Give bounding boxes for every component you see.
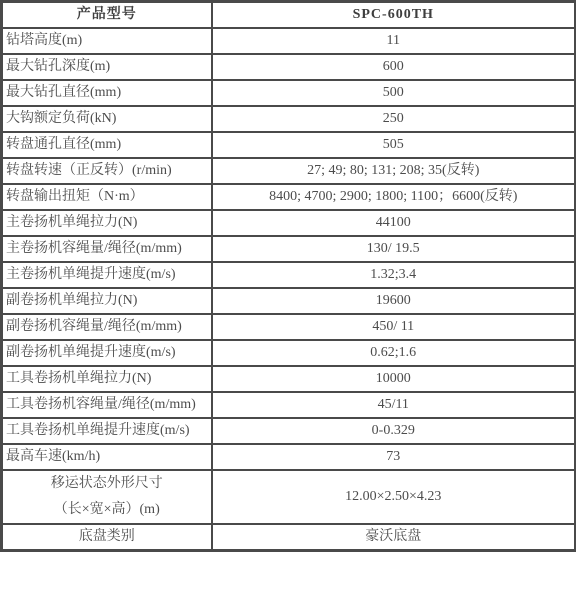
table-row: 转盘输出扭矩（N·m） 8400; 4700; 2900; 1800; 1100… [2, 184, 576, 210]
table-row: 主卷扬机单绳提升速度(m/s) 1.32;3.4 [2, 262, 576, 288]
spec-label: 工具卷扬机单绳提升速度(m/s) [2, 418, 212, 444]
product-model-label: 产品型号 [2, 2, 212, 29]
spec-value: 1.32;3.4 [212, 262, 576, 288]
spec-label: 最大钻孔深度(m) [2, 54, 212, 80]
spec-label: 主卷扬机单绳提升速度(m/s) [2, 262, 212, 288]
spec-label: 工具卷扬机单绳拉力(N) [2, 366, 212, 392]
spec-label: 底盘类别 [2, 524, 212, 551]
spec-label: 转盘转速（正反转）(r/min) [2, 158, 212, 184]
table-row: 主卷扬机容绳量/绳径(m/mm) 130/ 19.5 [2, 236, 576, 262]
table-row: 工具卷扬机容绳量/绳径(m/mm) 45/11 [2, 392, 576, 418]
table-row: 最大钻孔直径(mm) 500 [2, 80, 576, 106]
spec-label: 副卷扬机单绳拉力(N) [2, 288, 212, 314]
spec-value: 505 [212, 132, 576, 158]
table-row: 转盘通孔直径(mm) 505 [2, 132, 576, 158]
table-row: 副卷扬机单绳拉力(N) 19600 [2, 288, 576, 314]
spec-value: 豪沃底盘 [212, 524, 576, 551]
spec-label-line1: 移运状态外形尺寸 [3, 471, 211, 497]
spec-value: 11 [212, 28, 576, 54]
spec-value: 500 [212, 80, 576, 106]
spec-value: 73 [212, 444, 576, 470]
spec-value: 44100 [212, 210, 576, 236]
table-row: 转盘转速（正反转）(r/min) 27; 49; 80; 131; 208; 3… [2, 158, 576, 184]
spec-value: 19600 [212, 288, 576, 314]
spec-table: 产品型号 SPC-600TH 钻塔高度(m) 11 最大钻孔深度(m) 600 … [0, 0, 576, 552]
spec-label: 副卷扬机单绳提升速度(m/s) [2, 340, 212, 366]
spec-value: 27; 49; 80; 131; 208; 35(反转) [212, 158, 576, 184]
spec-value: 45/11 [212, 392, 576, 418]
spec-value: 12.00×2.50×4.23 [212, 470, 576, 524]
spec-label: 转盘输出扭矩（N·m） [2, 184, 212, 210]
spec-label: 大钩额定负荷(kN) [2, 106, 212, 132]
table-row-transport-dimensions: 移运状态外形尺寸 （长×宽×高）(m) 12.00×2.50×4.23 [2, 470, 576, 524]
spec-value: 0-0.329 [212, 418, 576, 444]
spec-label: 最高车速(km/h) [2, 444, 212, 470]
spec-label: 钻塔高度(m) [2, 28, 212, 54]
spec-label: 副卷扬机容绳量/绳径(m/mm) [2, 314, 212, 340]
table-row: 最高车速(km/h) 73 [2, 444, 576, 470]
spec-label: 主卷扬机容绳量/绳径(m/mm) [2, 236, 212, 262]
table-row: 工具卷扬机单绳拉力(N) 10000 [2, 366, 576, 392]
spec-label: 工具卷扬机容绳量/绳径(m/mm) [2, 392, 212, 418]
spec-value: 8400; 4700; 2900; 1800; 1100；6600(反转) [212, 184, 576, 210]
spec-value: 130/ 19.5 [212, 236, 576, 262]
spec-label: 主卷扬机单绳拉力(N) [2, 210, 212, 236]
table-row: 主卷扬机单绳拉力(N) 44100 [2, 210, 576, 236]
table-row: 最大钻孔深度(m) 600 [2, 54, 576, 80]
spec-label: 移运状态外形尺寸 （长×宽×高）(m) [2, 470, 212, 524]
spec-label-line2: （长×宽×高）(m) [3, 497, 211, 523]
spec-value: 600 [212, 54, 576, 80]
spec-value: 450/ 11 [212, 314, 576, 340]
spec-label: 转盘通孔直径(mm) [2, 132, 212, 158]
table-row: 钻塔高度(m) 11 [2, 28, 576, 54]
table-row: 副卷扬机单绳提升速度(m/s) 0.62;1.6 [2, 340, 576, 366]
table-row: 大钩额定负荷(kN) 250 [2, 106, 576, 132]
product-model-value: SPC-600TH [212, 2, 576, 29]
spec-value: 250 [212, 106, 576, 132]
spec-value: 0.62;1.6 [212, 340, 576, 366]
table-row: 工具卷扬机单绳提升速度(m/s) 0-0.329 [2, 418, 576, 444]
spec-label: 最大钻孔直径(mm) [2, 80, 212, 106]
table-header-row: 产品型号 SPC-600TH [2, 2, 576, 29]
spec-value: 10000 [212, 366, 576, 392]
table-row: 副卷扬机容绳量/绳径(m/mm) 450/ 11 [2, 314, 576, 340]
table-row-chassis: 底盘类别 豪沃底盘 [2, 524, 576, 551]
